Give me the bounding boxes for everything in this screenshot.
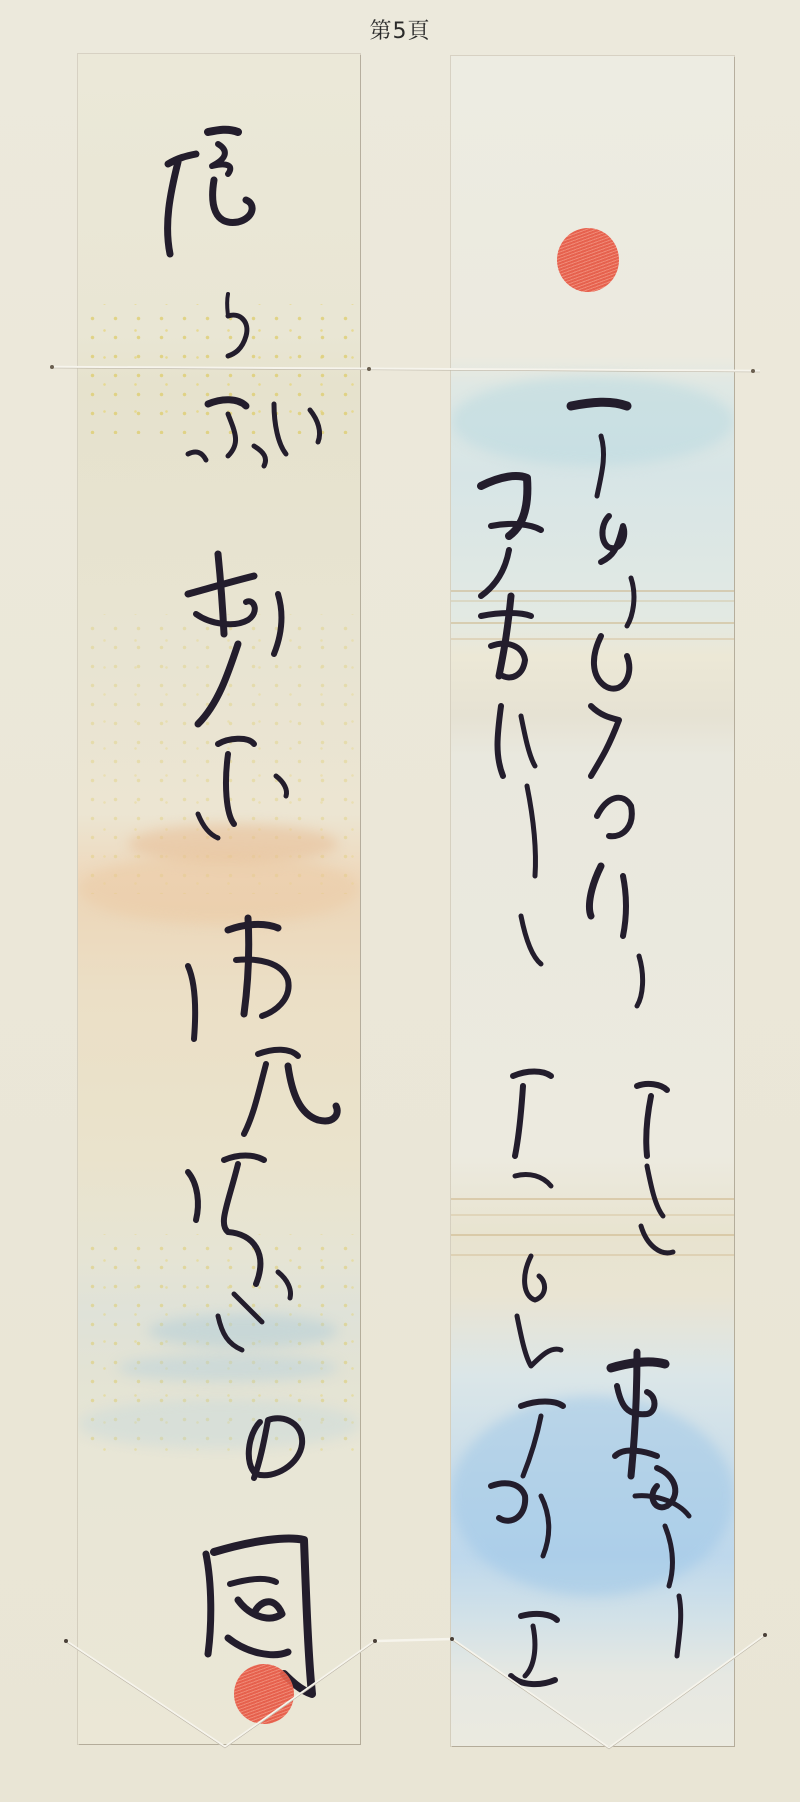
red-seal-stamp: [557, 228, 619, 292]
page-label: 第5頁: [0, 14, 800, 45]
calligraphy-left: [78, 54, 360, 1744]
red-seal-stamp: [234, 1664, 294, 1724]
poem-strip-right: [451, 56, 734, 1746]
poem-strip-left: [78, 54, 360, 1744]
calligraphy-right: [451, 56, 734, 1746]
